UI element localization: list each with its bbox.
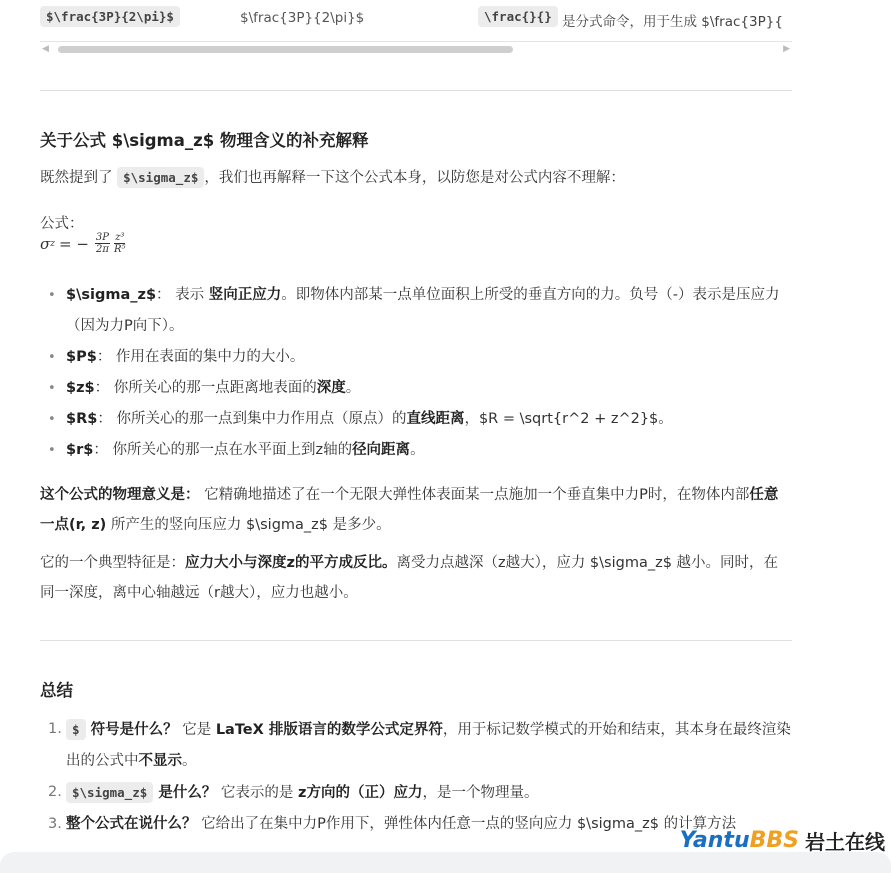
item-text: 它是	[178, 722, 216, 738]
def-term: $R$	[66, 411, 97, 427]
def-text: 你所关心的那一点距离地表面的	[109, 380, 317, 396]
watermark-logo: YantuBBS岩土在线	[680, 826, 885, 855]
section-heading-summary: 总结	[40, 677, 73, 701]
def-term: $P$	[66, 349, 97, 365]
def-term: $z$	[66, 380, 95, 396]
item-question: 符号是什么？	[86, 722, 178, 738]
list-item: $z$： 你所关心的那一点距离地表面的深度。	[40, 373, 792, 404]
def-term: $r$	[66, 442, 93, 458]
item-bold: LaTeX 排版语言的数学公式定界符	[216, 722, 443, 738]
description-cell: 是分式命令，用于生成 $\frac{3P}{	[562, 10, 792, 30]
item-code: $\sigma_z$	[66, 782, 153, 803]
def-sep: ：	[97, 411, 112, 427]
divider	[40, 640, 792, 641]
item-question: 是什么？	[153, 785, 216, 801]
list-item: $R$： 你所关心的那一点到集中力作用点（原点）的直线距离，$R = \sqrt…	[40, 404, 792, 435]
syntax-code: $\frac{3P}{2\pi}$	[40, 6, 180, 27]
def-bold: 径向距离	[352, 442, 410, 458]
def-text: 作用在表面的集中力的大小。	[111, 349, 304, 365]
def-sep: ：	[156, 287, 171, 303]
formula-eq: = −	[59, 235, 89, 253]
item-index: 1.	[48, 714, 62, 745]
rendered-cell: $\frac{3P}{2\pi}$	[240, 10, 364, 26]
def-bold: 深度	[317, 380, 346, 396]
scroll-right-arrow-icon[interactable]: ▶	[783, 44, 790, 54]
variable-definitions-list: $\sigma_z$： 表示 竖向正应力。即物体内部某一点单位面积上所受的垂直方…	[40, 280, 792, 466]
watermark-part-3: 岩土在线	[805, 826, 885, 855]
item-index: 2.	[48, 777, 62, 808]
def-text: 你所关心的那一点到集中力作用点（原点）的	[112, 411, 407, 427]
frac1-den: 2π	[96, 244, 109, 255]
meaning-lead: 这个公式的物理意义是：	[40, 487, 200, 503]
formula-lhs: σ	[40, 235, 50, 253]
def-sep: ：	[97, 349, 112, 365]
divider	[40, 90, 792, 91]
feature-bold: 应力大小与深度z的平方成反比。	[185, 555, 396, 571]
formula-lhs-sub: z	[50, 239, 55, 249]
frac2-num: z³	[114, 232, 125, 244]
intro-paragraph: 既然提到了 $\sigma_z$，我们也再解释一下这个公式本身，以防您是对公式内…	[40, 163, 792, 193]
syntax-cell: $\frac{3P}{2\pi}$	[40, 9, 180, 25]
list-item: $r$： 你所关心的那一点在水平面上到z轴的径向距离。	[40, 435, 792, 466]
def-sep: ：	[95, 380, 110, 396]
item-text: ，是一个物理量。	[423, 785, 539, 801]
def-bold: 直线距离	[406, 411, 464, 427]
def-text-post: 。	[346, 380, 361, 396]
command-cell: \frac{}{}	[478, 9, 558, 25]
def-sep: ：	[93, 442, 108, 458]
def-bold: 竖向正应力	[209, 287, 282, 303]
scrollbar-thumb[interactable]	[58, 46, 513, 53]
feature-paragraph: 它的一个典型特征是：应力大小与深度z的平方成反比。离受力点越深（z越大），应力 …	[40, 548, 792, 608]
item-text: 。	[182, 753, 197, 769]
intro-text-after: ，我们也再解释一下这个公式本身，以防您是对公式内容不理解：	[204, 170, 625, 186]
meaning-text-1: 它精确地描述了在一个无限大弹性体表面某一点施加一个垂直集中力P时，在物体内部	[200, 487, 750, 503]
list-item: $\sigma_z$： 表示 竖向正应力。即物体内部某一点单位面积上所受的垂直方…	[40, 280, 792, 342]
watermark-part-2: BBS	[750, 828, 799, 853]
item-index: 3.	[48, 809, 62, 840]
intro-inline-code: $\sigma_z$	[117, 167, 204, 188]
def-text: 表示	[171, 287, 209, 303]
table-bottom-border	[40, 41, 792, 42]
table-horizontal-scrollbar[interactable]: ◀ ▶	[40, 44, 792, 56]
section-heading-sigma: 关于公式 $\sigma_z$ 物理含义的补充解释	[40, 127, 368, 151]
command-code: \frac{}{}	[478, 6, 558, 27]
item-bold: z方向的（正）应力	[298, 785, 422, 801]
formula-label: 公式：	[40, 212, 84, 233]
item-question: 整个公式在说什么？	[66, 816, 197, 832]
scroll-left-arrow-icon[interactable]: ◀	[42, 44, 49, 54]
def-term: $\sigma_z$	[66, 287, 156, 303]
item-text: 它给出了在集中力P作用下，弹性体内任意一点的竖向应力 $\sigma_z$ 的计…	[197, 816, 737, 832]
formula-display: σz = − 3P2π z³R⁵	[40, 232, 128, 255]
def-text-post: ，$R = \sqrt{r^2 + z^2}$。	[464, 411, 672, 427]
meaning-paragraph: 这个公式的物理意义是： 它精确地描述了在一个无限大弹性体表面某一点施加一个垂直集…	[40, 480, 792, 540]
item-bold: 不显示	[139, 753, 183, 769]
formula-frac-2: z³R⁵	[114, 232, 126, 255]
intro-text-before: 既然提到了	[40, 170, 113, 186]
def-text: 你所关心的那一点在水平面上到z轴的	[108, 442, 352, 458]
list-item: 1.$ 符号是什么？ 它是 LaTeX 排版语言的数学公式定界符，用于标记数学模…	[40, 714, 792, 777]
frac1-num: 3P	[95, 232, 110, 244]
syntax-table-row: $\frac{3P}{2\pi}$ $\frac{3P}{2\pi}$ \fra…	[40, 0, 792, 36]
frac2-den: R⁵	[114, 244, 126, 255]
def-text-post: 。	[410, 442, 425, 458]
formula-frac-1: 3P2π	[95, 232, 110, 255]
chat-input-bar[interactable]	[0, 852, 891, 873]
summary-list: 1.$ 符号是什么？ 它是 LaTeX 排版语言的数学公式定界符，用于标记数学模…	[40, 714, 792, 840]
list-item: $P$： 作用在表面的集中力的大小。	[40, 342, 792, 373]
list-item: 2.$\sigma_z$ 是什么？ 它表示的是 z方向的（正）应力，是一个物理量…	[40, 777, 792, 809]
feature-lead: 它的一个典型特征是：	[40, 555, 185, 571]
item-text: 它表示的是	[216, 785, 298, 801]
meaning-text-2: 所产生的竖向压应力 $\sigma_z$ 是多少。	[106, 517, 390, 533]
item-code: $	[66, 719, 86, 740]
watermark-part-1: Yantu	[680, 828, 750, 853]
